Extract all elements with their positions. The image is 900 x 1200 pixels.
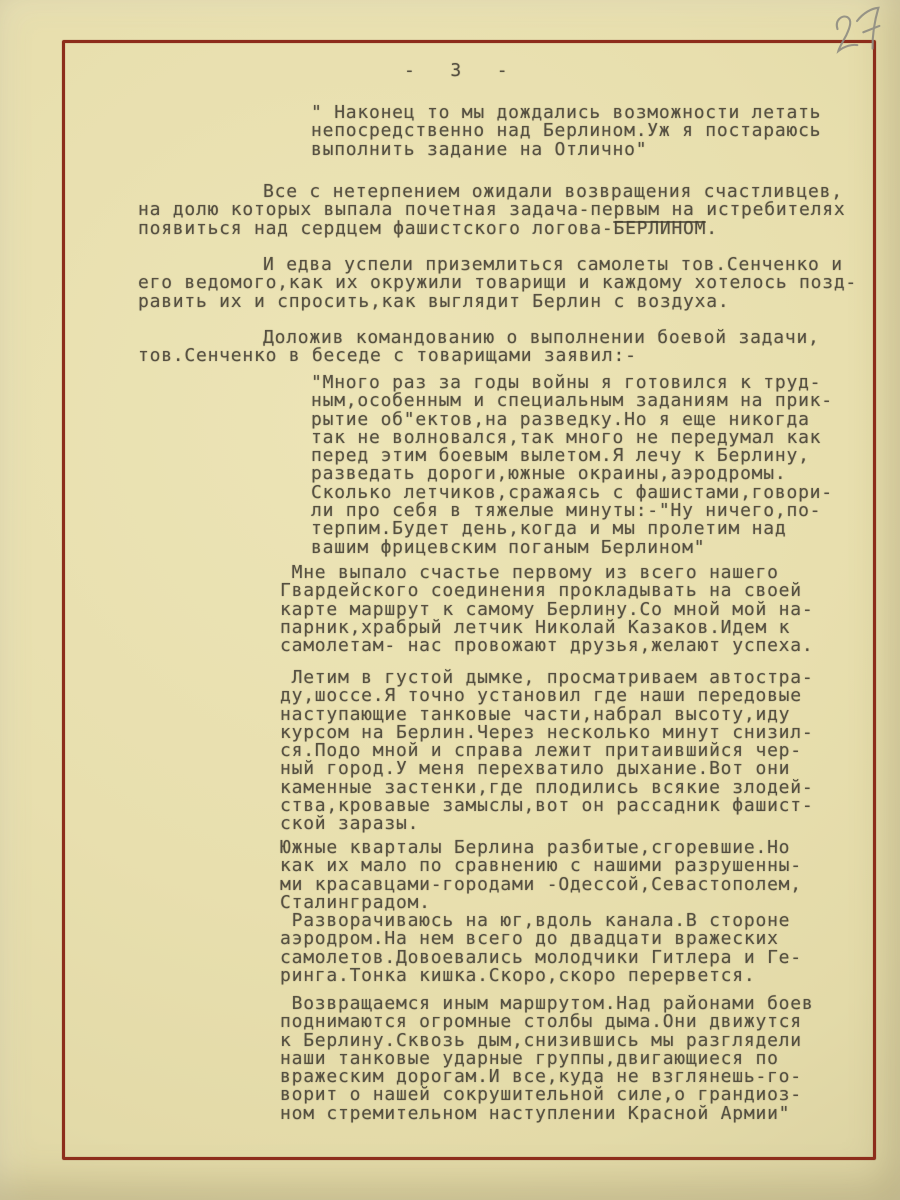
paragraph-route-plotting: Мне выпало счастье первому из всего наше…	[280, 564, 813, 655]
paragraph-opening-quote: " Наконец то мы дождались возможности ле…	[311, 104, 821, 159]
paragraph-report-intro: Доложив командованию о выполнении боевой…	[138, 329, 820, 366]
paragraph-airfield-turn: Разворачиваюсь на юг,вдоль канала.В стор…	[280, 912, 802, 985]
paragraph-flight-over-berlin: Летим в густой дымке, просматриваем авто…	[280, 669, 813, 834]
paragraph-senchenko-quote: "Много раз за годы войны я готовился к т…	[311, 374, 833, 557]
typed-page-number: - 3 -	[404, 62, 508, 80]
paragraph-return-route: Возвращаемся иным маршрутом.Над районами…	[280, 995, 813, 1123]
paragraph-awaiting-return: Все с нетерпением ожидали возвращения сч…	[138, 183, 845, 238]
handwritten-page-number: 27	[822, 4, 894, 56]
paragraph-landing-welcome: И едва успели приземлиться самолеты тов.…	[138, 256, 857, 311]
paragraph-southern-quarters: Южные кварталы Берлина разбитые,сгоревши…	[280, 839, 802, 912]
pencil-27-strokes	[817, 0, 898, 63]
scanned-document-page: { "document": { "handwritten_page_number…	[0, 0, 900, 1200]
